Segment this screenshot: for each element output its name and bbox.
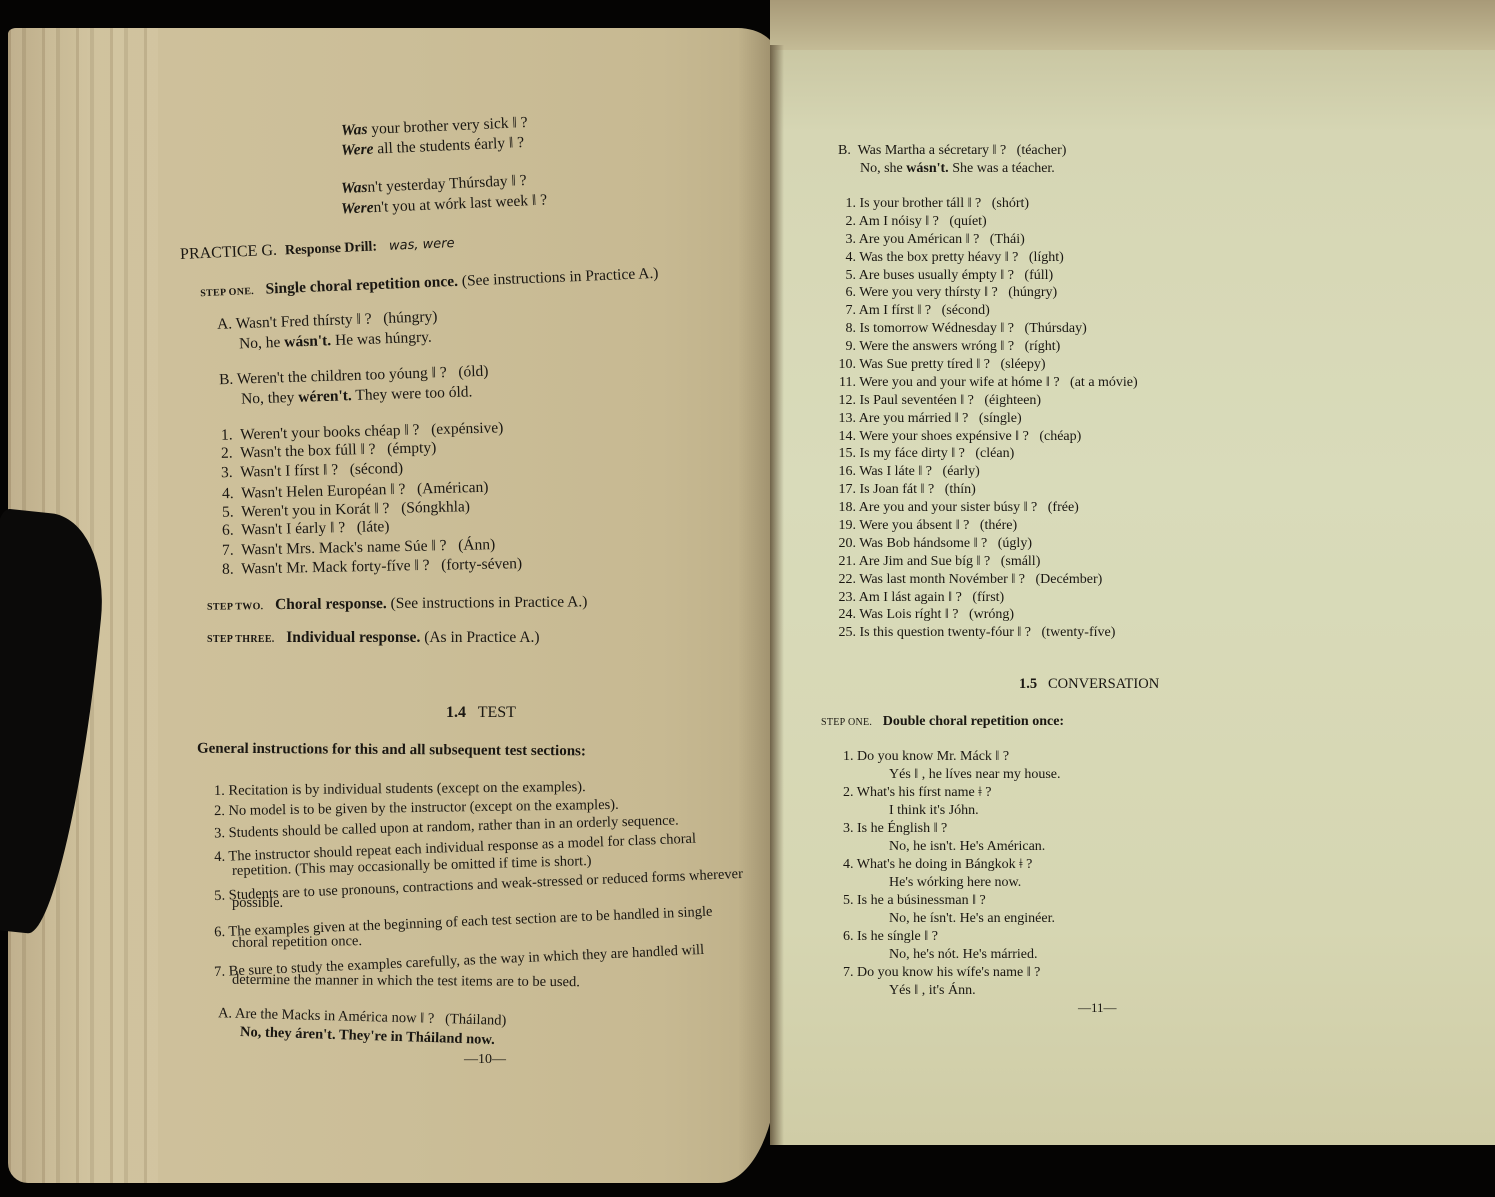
item-question: Is this question twenty-fóur ‖ ? [860, 625, 1032, 640]
drill-item: 9. Were the answers wróng ‖ ? (ríght) [832, 338, 1138, 356]
item-cue: (quíet) [949, 214, 986, 229]
answer-lead: No, she [860, 161, 906, 176]
conversation-question: 7. Do you know his wífe's name ‖ ? [843, 964, 1061, 982]
item-number: 15. [832, 445, 856, 463]
conversation-question: 5. Is he a búsinessman ‖ ? [843, 892, 1061, 910]
drill-item: 23. Am I lást again ‖ ? (fírst) [832, 589, 1138, 607]
item-question: Is tomorrow Wédnesday ‖ ? [860, 321, 1015, 336]
item-number: 25. [832, 624, 856, 642]
item-number: 19. [832, 517, 856, 535]
line-number: 1. [843, 749, 854, 764]
item-number: 3. [832, 231, 856, 249]
spine-shadow [770, 45, 784, 1145]
item-question: Are Jim and Sue bíg ‖ ? [859, 554, 990, 569]
item-cue: (éighteen) [984, 393, 1041, 408]
item-number: 17. [832, 481, 856, 499]
item-question: Am I nóisy ‖ ? [859, 214, 939, 229]
item-cue: (Thái) [990, 232, 1025, 247]
item-number: 10. [832, 356, 856, 374]
drill-item: 25. Is this question twenty-fóur ‖ ? (tw… [832, 624, 1138, 642]
item-number: 1. [221, 426, 233, 443]
item-question: Wasn't I éarly ‖ ? [241, 519, 345, 538]
example-cue: (téacher) [1017, 143, 1067, 158]
item-cue: (sécond) [942, 303, 990, 318]
instruction-continuation: choral repetition once. [232, 932, 362, 952]
item-cue: (ríght) [1025, 339, 1061, 354]
item-question: Are you and your sister búsy ‖ ? [859, 500, 1038, 515]
item-cue: (shórt) [992, 196, 1029, 211]
item-cue: (úgly) [998, 536, 1032, 551]
item-number: 18. [832, 499, 856, 517]
item-cue: (twenty-fíve) [1042, 625, 1116, 640]
instruction-number: 1. [214, 783, 225, 799]
answer-lead: No, he [239, 334, 285, 353]
step-label: STEP TWO. [207, 601, 264, 612]
item-question: Was last month Novémber ‖ ? [859, 572, 1025, 587]
instruction-number: 5. [214, 888, 226, 904]
item-question: Are you márried ‖ ? [859, 411, 969, 426]
item-question: Were you and your wife at hóme ‖ ? [859, 375, 1059, 390]
stressed-word: Was [341, 121, 368, 139]
question-text: Do you know his wífe's name ‖ ? [857, 965, 1040, 980]
answer-rest: She was a téacher. [949, 161, 1055, 176]
conversation-answer: No, he ísn't. He's an enginéer. [843, 910, 1061, 928]
item-cue: (éarly) [943, 464, 980, 479]
item-cue: (Thúrsday) [1025, 321, 1087, 336]
item-question: Was Lois ríght ‖ ? [859, 607, 958, 622]
page-number-left: —10— [464, 1052, 506, 1068]
item-number: 5. [832, 267, 856, 285]
example-letter: B. [838, 143, 851, 158]
instruction-number: 7. [214, 964, 226, 980]
stressed-word: Was [341, 179, 368, 197]
practice-title: Response Drill: [285, 239, 378, 258]
item-number: 7. [832, 302, 856, 320]
drill-item: 10. Was Sue pretty tíred ‖ ? (sléepy) [832, 356, 1138, 374]
instruction-number: 3. [214, 825, 225, 841]
item-number: 8. [222, 561, 234, 578]
instruction-continuation: determine the manner in which the test i… [232, 971, 580, 991]
drill-item: 6. Wasn't I éarly ‖ ? (láte) [222, 517, 390, 540]
item-cue: (smáll) [1001, 554, 1041, 569]
item-cue: (Decémber) [1035, 572, 1102, 587]
section-number: 1.4 [446, 704, 466, 721]
item-cue: (émpty) [387, 439, 437, 457]
answer-lead: No, they [241, 389, 299, 408]
drill-item: 21. Are Jim and Sue bíg ‖ ? (smáll) [832, 553, 1138, 571]
conversation-answer: No, he's nót. He's márried. [843, 946, 1061, 964]
conversation-question: 3. Is he Énglish ‖ ? [843, 820, 1061, 838]
item-number: 4. [832, 249, 856, 267]
item-question: Was the box pretty héavy ‖ ? [859, 250, 1018, 265]
item-cue: (Sóngkhla) [401, 498, 470, 517]
item-number: 16. [832, 463, 856, 481]
line-number: 6. [843, 929, 854, 944]
step-two: STEP TWO. Choral response. (See instruct… [207, 592, 587, 616]
line-number: 7. [843, 965, 854, 980]
item-cue: (chéap) [1039, 429, 1081, 444]
drill-item: 24. Was Lois ríght ‖ ? (wróng) [832, 606, 1138, 624]
step-label: STEP ONE. [821, 717, 872, 728]
conversation-question: 4. What's he doing in Bángkok ǂ ? [843, 856, 1061, 874]
item-number: 2. [221, 445, 233, 462]
example-letter: A. [217, 315, 233, 333]
item-question: Is Paul seventéen ‖ ? [860, 393, 974, 408]
item-cue: (sléepy) [1000, 357, 1045, 372]
conversation-answer: Yés ‖ , he líves near my house. [843, 766, 1061, 784]
item-question: Was Sue pretty tíred ‖ ? [859, 357, 990, 372]
answer-bold: wásn't. [284, 332, 332, 351]
drill-item: 2. Am I nóisy ‖ ? (quíet) [832, 213, 1138, 231]
general-instructions-heading: General instructions for this and all su… [197, 740, 586, 762]
item-cue: (síngle) [979, 411, 1022, 426]
drill-item: 20. Was Bob hándsome ‖ ? (úgly) [832, 535, 1138, 553]
drill-item: 8. Is tomorrow Wédnesday ‖ ? (Thúrsday) [832, 320, 1138, 338]
item-number: 2. [832, 213, 856, 231]
answer-rest: He was húngry. [331, 329, 432, 350]
item-question: Am I fírst ‖ ? [859, 303, 931, 318]
item-cue: (sécond) [350, 460, 404, 478]
item-number: 13. [832, 410, 856, 428]
drill-item: 16. Was I láte ‖ ? (éarly) [832, 463, 1138, 481]
question-text: Is he Énglish ‖ ? [857, 821, 947, 836]
drill-item: 5. Are buses usually émpty ‖ ? (fúll) [832, 267, 1138, 285]
item-number: 5. [222, 504, 234, 521]
example-cue: (Tháiland) [445, 1011, 507, 1029]
conversation-answer: Yés ‖ , it's Ánn. [843, 982, 1061, 1000]
step-label: STEP THREE. [207, 634, 275, 645]
drill-item: 12. Is Paul seventéen ‖ ? (éighteen) [832, 392, 1138, 410]
item-number: 7. [222, 542, 234, 559]
item-number: 22. [832, 571, 856, 589]
item-question: Wasn't Mr. Mack forty-fíve ‖ ? [241, 557, 430, 578]
item-question: Is Joan fát ‖ ? [860, 482, 935, 497]
item-cue: (cléan) [975, 446, 1014, 461]
item-number: 21. [832, 553, 856, 571]
conversation-list: 1. Do you know Mr. Máck ‖ ? Yés ‖ , he l… [843, 748, 1061, 1000]
item-number: 20. [832, 535, 856, 553]
example-b: B. Was Martha a sécretary ‖ ? (téacher) [838, 142, 1066, 160]
line-number: 5. [843, 893, 854, 908]
item-cue: (Américan) [417, 479, 489, 498]
answer-bold: wásn't. [906, 161, 948, 176]
example-cue: (húngry) [383, 308, 438, 327]
item-number: 3. [221, 464, 233, 481]
step-note: (As in Practice A.) [424, 629, 539, 646]
item-question: Wasn't the box fúll ‖ ? [240, 441, 376, 462]
step-title: Individual response. [286, 629, 420, 646]
item-cue: (líght) [1029, 250, 1064, 265]
practice-subtitle: was, were [389, 236, 455, 254]
instruction-number: 2. [214, 803, 225, 819]
answer-bold: wéren't. [298, 387, 352, 406]
step-note: (See instructions in Practice A.) [391, 593, 588, 612]
item-question: Am I lást again ‖ ? [859, 590, 962, 605]
item-number: 4. [222, 485, 234, 502]
item-question: Was I láte ‖ ? [859, 464, 932, 479]
step-one: STEP ONE. Double choral repetition once: [821, 713, 1064, 732]
item-cue: (expénsive) [431, 419, 504, 438]
item-cue: (forty-séven) [441, 555, 522, 574]
step-title: Double choral repetition once: [883, 714, 1064, 729]
section-number: 1.5 [1019, 676, 1037, 692]
example-question: Wasn't Fred thírsty ‖ ? [235, 310, 371, 332]
line-number: 3. [843, 821, 854, 836]
item-number: 12. [832, 392, 856, 410]
example-question: Was Martha a sécretary ‖ ? [858, 143, 1007, 158]
item-cue: (wróng) [969, 607, 1014, 622]
drill-item: 13. Are you márried ‖ ? (síngle) [832, 410, 1138, 428]
item-cue: (fírst) [972, 590, 1004, 605]
drill-item: 19. Were you ábsent ‖ ? (thére) [832, 517, 1138, 535]
question-text: Is he a búsinessman ‖ ? [857, 893, 986, 908]
answer-bold: áren't. [295, 1026, 336, 1043]
step-label: STEP ONE. [200, 286, 254, 299]
item-question: Are buses usually émpty ‖ ? [859, 268, 1014, 283]
drill-item: 1. Is your brother táll ‖ ? (shórt) [832, 195, 1138, 213]
stressed-word: Were [341, 141, 374, 159]
example-letter: B. [219, 371, 234, 388]
item-cue: (frée) [1048, 500, 1079, 515]
item-cue: (fúll) [1024, 268, 1053, 283]
example-cue: (óld) [458, 363, 489, 381]
question-text: What's he doing in Bángkok ǂ ? [857, 857, 1033, 872]
conversation-question: 6. Is he síngle ‖ ? [843, 928, 1061, 946]
item-number: 9. [832, 338, 856, 356]
item-number: 14. [832, 428, 856, 446]
item-cue: (thére) [980, 518, 1017, 533]
drill-item: 11. Were you and your wife at hóme ‖ ? (… [832, 374, 1138, 392]
item-question: Were the answers wróng ‖ ? [859, 339, 1014, 354]
example-letter: A. [218, 1005, 233, 1021]
conversation-answer: I think it's Jóhn. [843, 802, 1061, 820]
drill-item: 7. Am I fírst ‖ ? (sécond) [832, 302, 1138, 320]
item-number: 6. [222, 522, 234, 539]
item-number: 23. [832, 589, 856, 607]
instruction-number: 4. [214, 849, 225, 865]
answer-rest: They were too óld. [352, 383, 473, 404]
item-number: 24. [832, 606, 856, 624]
item-question: Was Bob hándsome ‖ ? [859, 536, 987, 551]
instruction-continuation: possible. [232, 894, 283, 912]
item-question: Were you very thírsty ‖ ? [859, 285, 997, 300]
drill-item-list: 1. Is your brother táll ‖ ? (shórt) 2. A… [832, 195, 1138, 642]
drill-item: 15. Is my fáce dirty ‖ ? (cléan) [832, 445, 1138, 463]
step-title: Choral response. [275, 595, 387, 613]
conversation-answer: No, he isn't. He's Américan. [843, 838, 1061, 856]
stressed-word: Were [341, 199, 374, 217]
section-heading: 1.5 CONVERSATION [1019, 676, 1159, 693]
drill-item: 22. Was last month Novémber ‖ ? (Decémbe… [832, 571, 1138, 589]
item-question: Wasn't I fírst ‖ ? [240, 461, 338, 480]
item-number: 1. [832, 195, 856, 213]
question-text: Is he síngle ‖ ? [857, 929, 938, 944]
drill-item: 14. Were your shoes expénsive ‖ ? (chéap… [832, 428, 1138, 446]
item-number: 8. [832, 320, 856, 338]
item-cue: (láte) [357, 518, 390, 536]
line-number: 2. [843, 785, 854, 800]
item-number: 11. [832, 374, 856, 392]
conversation-question: 2. What's his fírst name ǂ ? [843, 784, 1061, 802]
example-b-answer: No, she wásn't. She was a téacher. [860, 160, 1055, 178]
item-question: Is your brother táll ‖ ? [860, 196, 982, 211]
item-question: Were your shoes expénsive ‖ ? [859, 429, 1029, 444]
drill-item: 17. Is Joan fát ‖ ? (thín) [832, 481, 1138, 499]
page-number-right: —11— [1078, 1000, 1117, 1016]
item-question: Were you ábsent ‖ ? [859, 518, 969, 533]
item-cue: (húngry) [1008, 285, 1057, 300]
instruction-text: Recitation is by individual students (ex… [228, 779, 585, 799]
section-heading: 1.4 TEST [446, 704, 516, 722]
instruction-number: 6. [214, 924, 226, 940]
section-title: TEST [478, 704, 516, 721]
question-text: Do you know Mr. Máck ‖ ? [857, 749, 1009, 764]
page-top-edge [770, 0, 1495, 50]
item-question: Is my fáce dirty ‖ ? [860, 446, 965, 461]
drill-item: 6. Were you very thírsty ‖ ? (húngry) [832, 284, 1138, 302]
practice-label: PRACTICE G. [180, 242, 278, 263]
item-question: Are you Américan ‖ ? [859, 232, 980, 247]
step-three: STEP THREE. Individual response. (As in … [207, 628, 540, 649]
item-cue: (Ánn) [458, 536, 495, 554]
conversation-answer: He's wórking here now. [843, 874, 1061, 892]
section-title: CONVERSATION [1048, 676, 1159, 692]
item-cue: (at a móvie) [1070, 375, 1138, 390]
question-text: What's his fírst name ǂ ? [857, 785, 992, 800]
drill-item: 3. Are you Américan ‖ ? (Thái) [832, 231, 1138, 249]
drill-item: 4. Was the box pretty héavy ‖ ? (líght) [832, 249, 1138, 267]
line-number: 4. [843, 857, 854, 872]
answer-lead: No, they [240, 1024, 296, 1042]
conversation-question: 1. Do you know Mr. Máck ‖ ? [843, 748, 1061, 766]
item-cue: (thín) [945, 482, 976, 497]
item-number: 6. [832, 284, 856, 302]
drill-item: 18. Are you and your sister búsy ‖ ? (fr… [832, 499, 1138, 517]
